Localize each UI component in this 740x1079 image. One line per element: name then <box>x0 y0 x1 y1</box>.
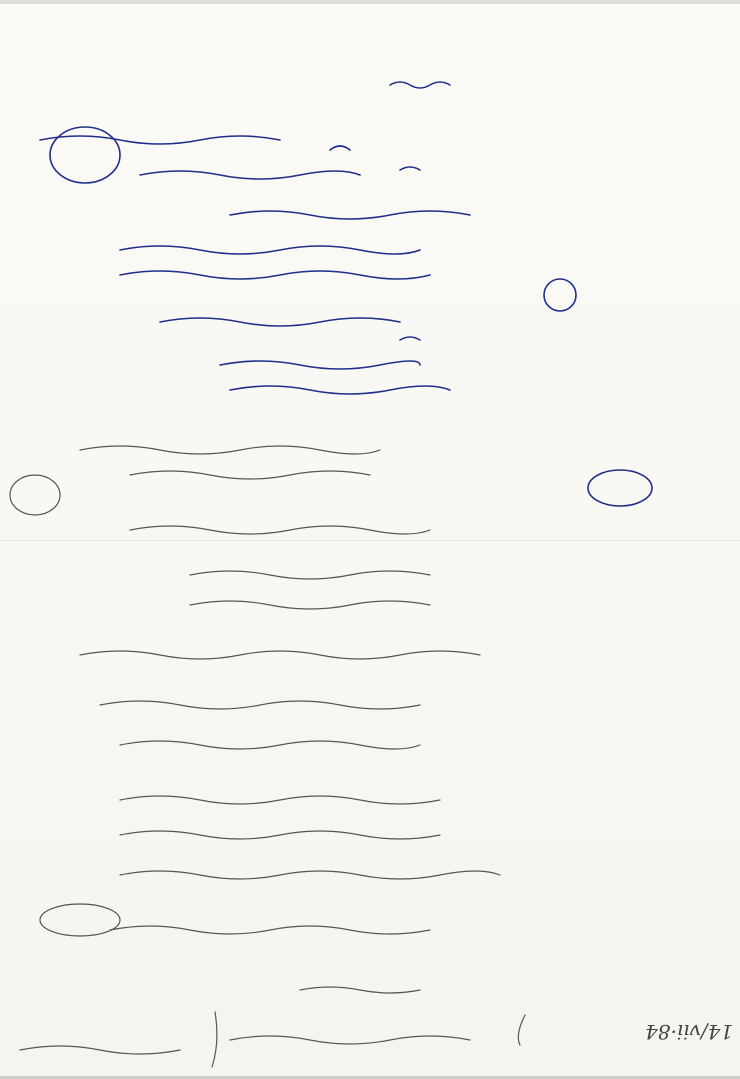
handwriting-strokes <box>0 0 740 1079</box>
manuscript-date: 14/vii·84 <box>645 1020 733 1044</box>
manuscript-page: 14/vii·84 <box>0 0 740 1079</box>
pencil-text-block <box>10 446 525 1067</box>
blue-ink-text-block <box>40 82 652 506</box>
